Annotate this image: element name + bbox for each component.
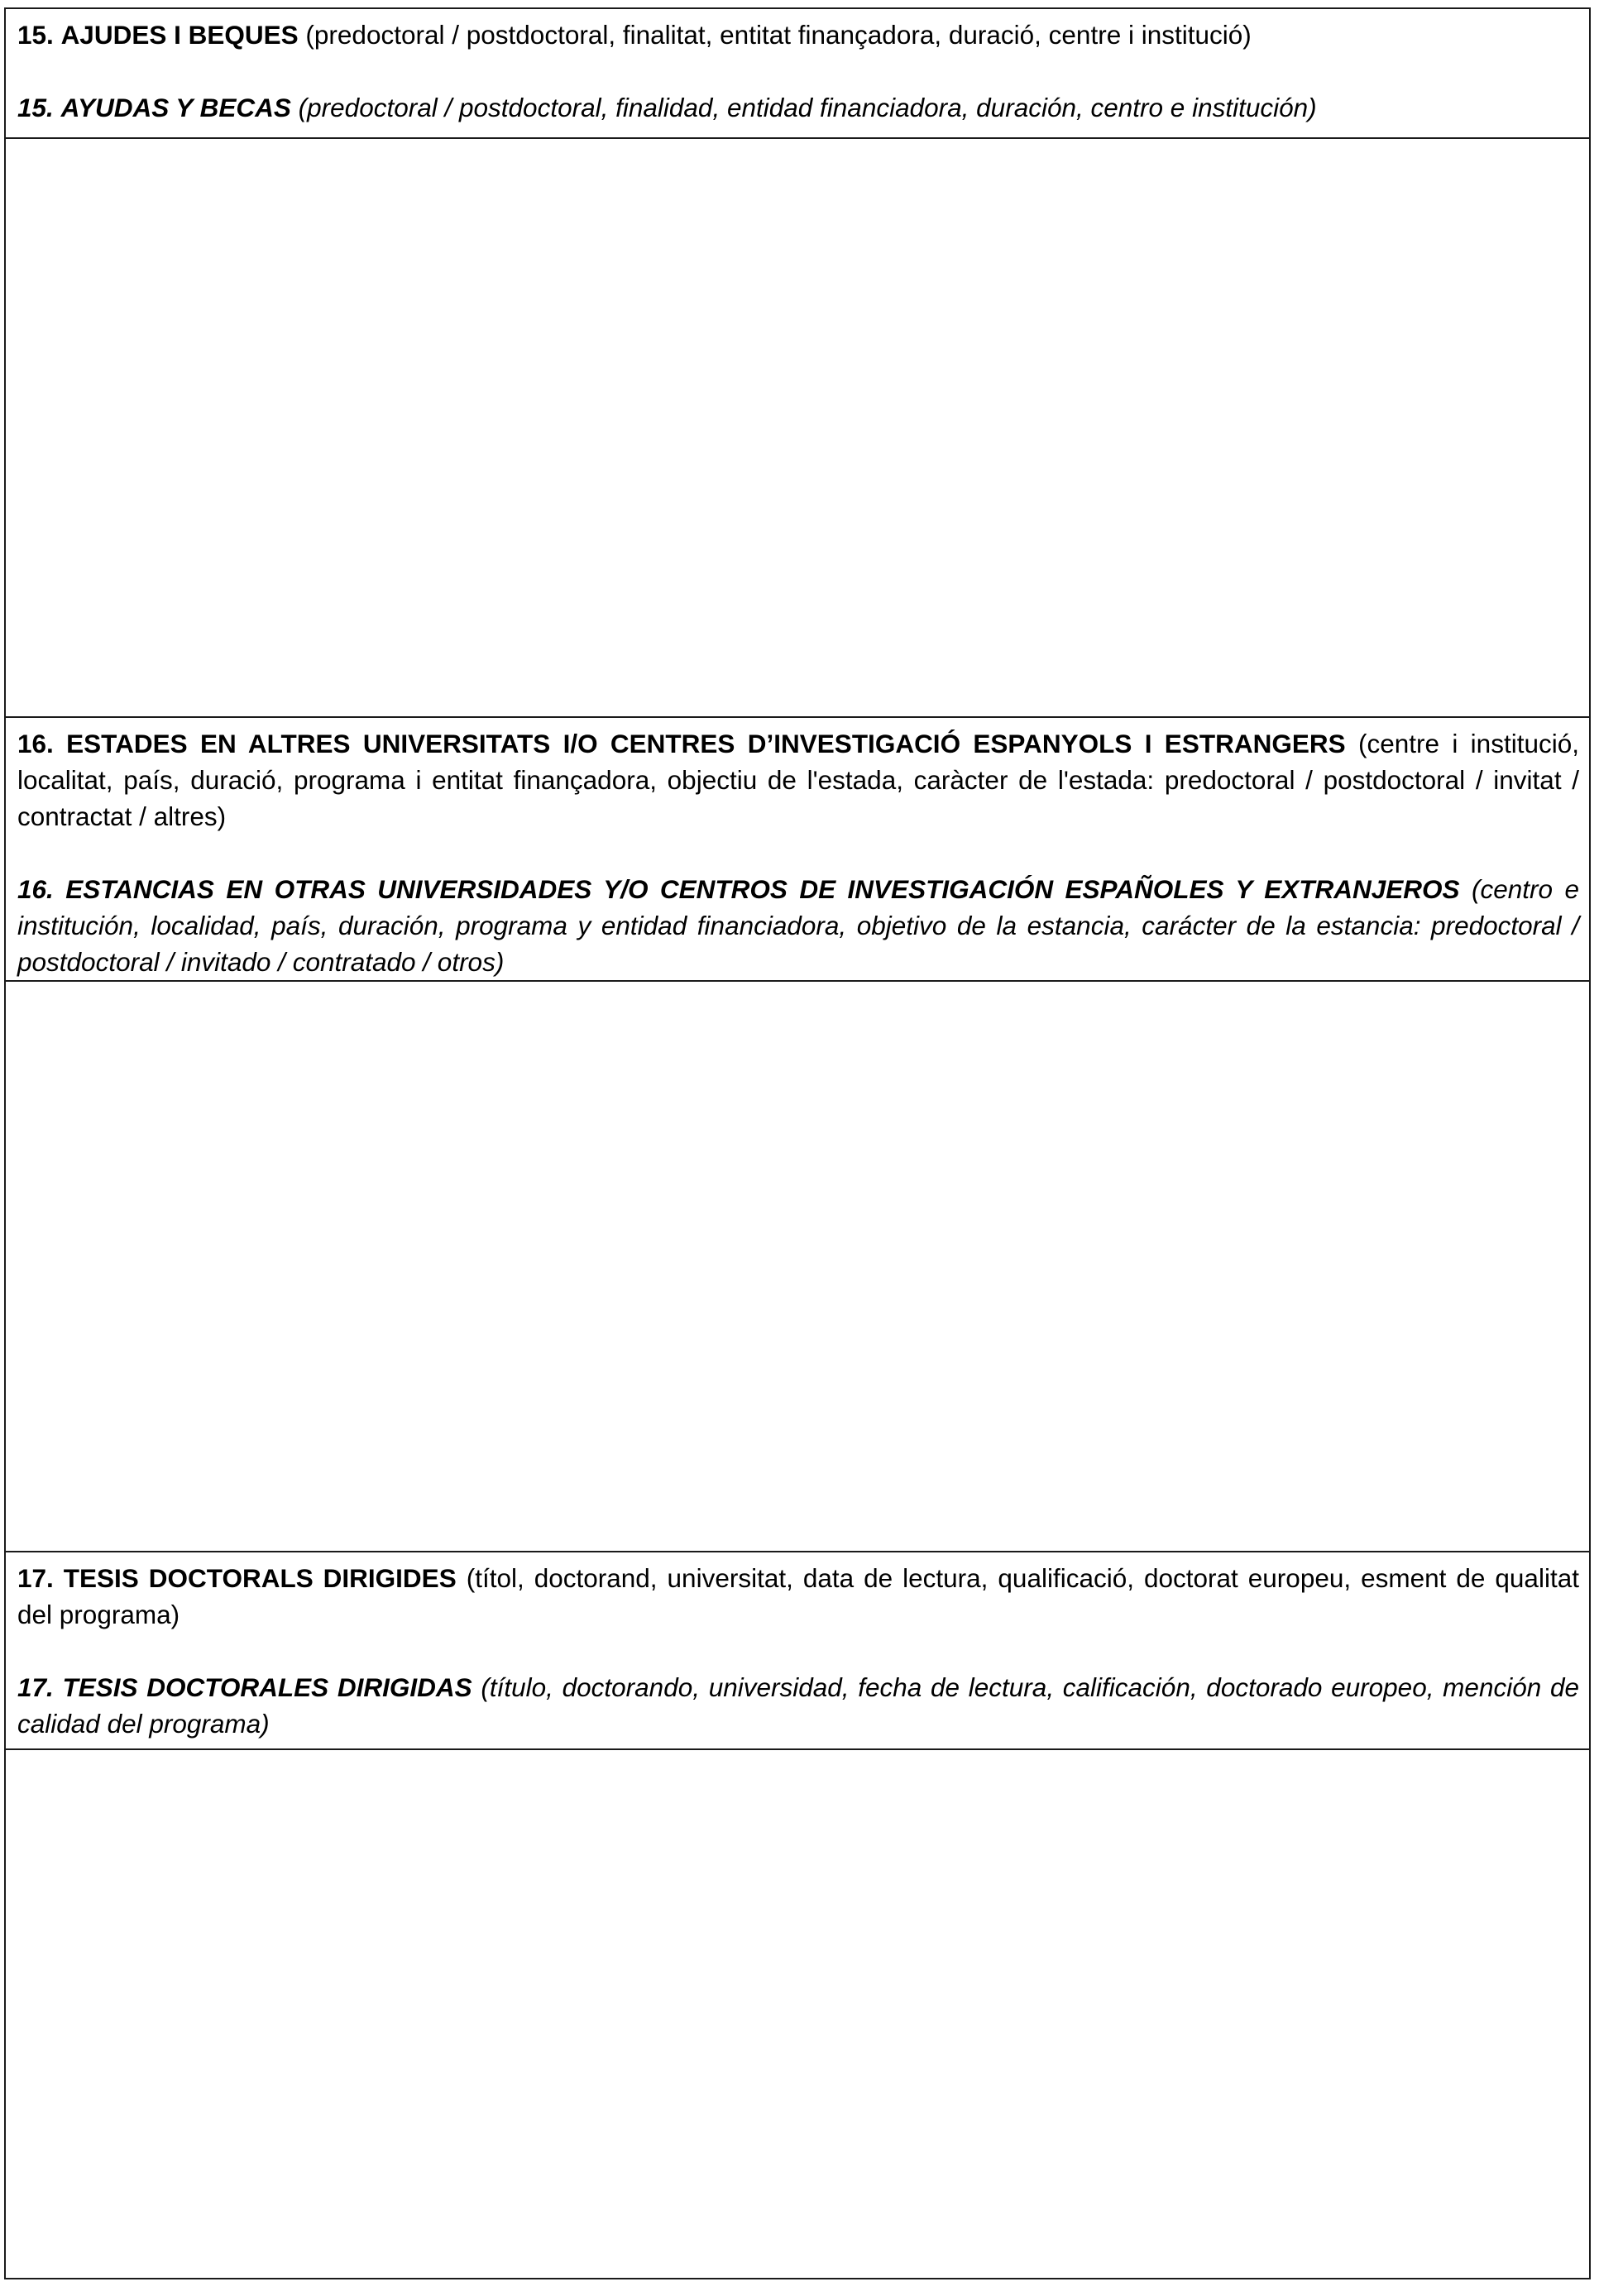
section-17-title-es: TESIS DOCTORALES DIRIGIDAS [63, 1672, 472, 1702]
section-15-answer-area[interactable] [6, 139, 1589, 718]
section-15-number-es: 15. [17, 93, 54, 122]
section-16-answer-area[interactable] [6, 982, 1589, 1552]
section-17-catalan-heading: 17. TESIS DOCTORALS DIRIGIDES (títol, do… [17, 1560, 1579, 1633]
section-15-catalan-heading: 15. AJUDES I BEQUES (predoctoral / postd… [17, 17, 1579, 53]
section-17-header: 17. TESIS DOCTORALS DIRIGIDES (títol, do… [6, 1552, 1589, 1750]
section-16-number-es: 16. [17, 874, 54, 904]
section-16-catalan-heading: 16. ESTADES EN ALTRES UNIVERSITATS I/O C… [17, 725, 1579, 835]
section-15-desc-ca: (predoctoral / postdoctoral, finalitat, … [305, 20, 1251, 50]
cv-form-table: 15. AJUDES I BEQUES (predoctoral / postd… [4, 7, 1591, 2279]
section-17-title-ca: TESIS DOCTORALS DIRIGIDES [64, 1563, 457, 1593]
section-15-title-ca: AJUDES I BEQUES [61, 20, 299, 50]
section-17-number: 17. [17, 1563, 54, 1593]
section-16-title-es: ESTANCIAS EN OTRAS UNIVERSIDADES Y/O CEN… [65, 874, 1459, 904]
section-15-title-es: AYUDAS Y BECAS [61, 93, 291, 122]
section-17-number-es: 17. [17, 1672, 54, 1702]
section-17-answer-area[interactable] [6, 1750, 1589, 2278]
section-16-title-ca: ESTADES EN ALTRES UNIVERSITATS I/O CENTR… [66, 729, 1345, 758]
section-16-spanish-heading: 16. ESTANCIAS EN OTRAS UNIVERSIDADES Y/O… [17, 871, 1579, 980]
section-15-spanish-heading: 15. AYUDAS Y BECAS (predoctoral / postdo… [17, 89, 1579, 126]
section-16-number: 16. [17, 729, 54, 758]
section-15-header: 15. AJUDES I BEQUES (predoctoral / postd… [6, 9, 1589, 139]
section-16-header: 16. ESTADES EN ALTRES UNIVERSITATS I/O C… [6, 718, 1589, 982]
section-17-spanish-heading: 17. TESIS DOCTORALES DIRIGIDAS (título, … [17, 1669, 1579, 1742]
section-15-number: 15. [17, 20, 54, 50]
section-15-desc-es: (predoctoral / postdoctoral, finalidad, … [299, 93, 1317, 122]
